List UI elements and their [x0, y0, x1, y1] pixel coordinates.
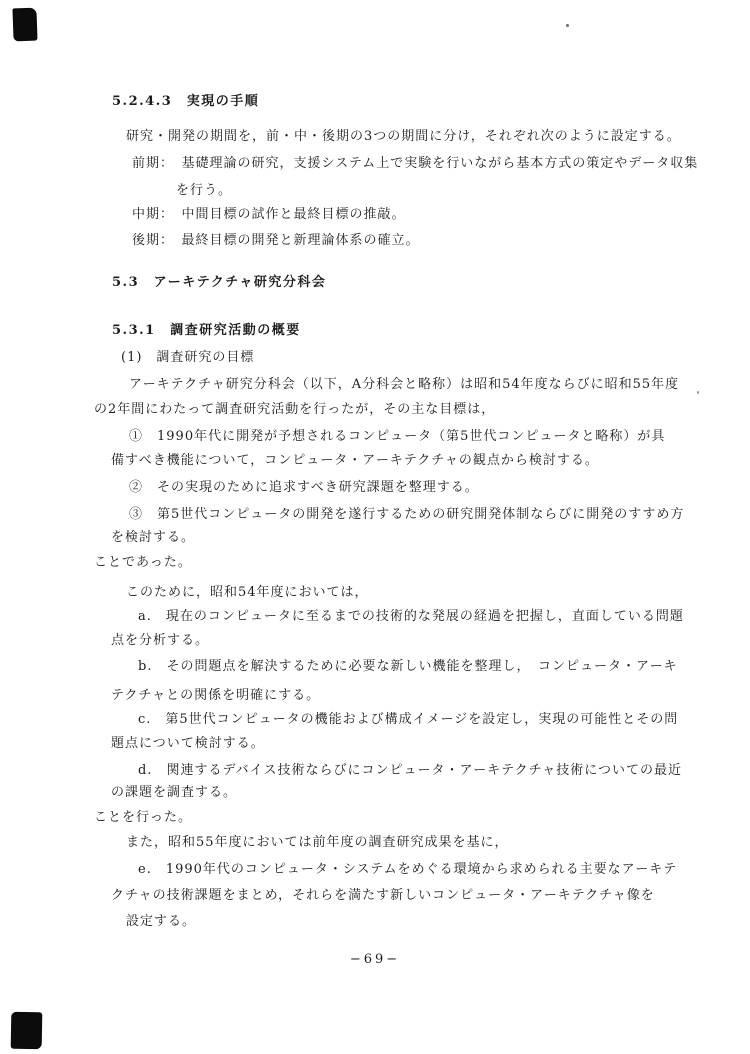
phase-early-line-cont: を行う。 [176, 182, 232, 199]
phase-early-line: 前期： 基礎理論の研究，支援システム上で実験を行いながら基本方式の策定やデータ収… [132, 155, 698, 172]
lettered-item-c: c. 第5世代コンピュータの機能および構成イメージを設定し，実現の可能性とその問 [138, 711, 678, 728]
numbered-item-1: ① 1990年代に開発が予想されるコンピュータ（第5世代コンピュータと略称）が具 [129, 428, 665, 445]
page-number: −69− [0, 952, 750, 967]
paragraph-line: 研究・開発の期間を，前・中・後期の3つの期間に分け，それぞれ次のように設定する。 [126, 128, 681, 145]
lettered-item-b-cont: テクチャとの関係を明確にする。 [111, 687, 320, 704]
section-heading-5-3-1: 5.3.1 調査研究活動の概要 [112, 322, 301, 339]
scan-artifact-top-left [12, 8, 37, 42]
lettered-item-a: a. 現在のコンピュータに至るまでの技術的な発展の経過を把握し，直面している問題 [138, 608, 684, 625]
lettered-item-e-cont: クチャの技術課題をまとめ，それらを満たす新しいコンピュータ・アーキテクチャ像を [111, 887, 655, 904]
lettered-item-d-cont: の課題を調査する。 [111, 784, 237, 801]
paragraph-line: このために，昭和54年度においては， [126, 584, 369, 601]
paragraph-line: ことを行った。 [94, 809, 192, 826]
scan-speck [566, 24, 569, 27]
numbered-item-3: ③ 第5世代コンピュータの開発を遂行するための研究開発体制ならびに開発のすすめ方 [129, 506, 684, 523]
paragraph-line: アーキテクチャ研究分科会（以下，A分科会と略称）は昭和54年度ならびに昭和55年… [129, 376, 679, 393]
numbered-item-1-cont: 備すべき機能について，コンピュータ・アーキテクチャの観点から検討する。 [111, 452, 599, 469]
numbered-item-3-cont: を検討する。 [111, 529, 195, 546]
section-heading-5-2-4-3: 5.2.4.3 実現の手順 [112, 93, 259, 110]
numbered-item-2: ② その実現のために追求すべき研究課題を整理する。 [129, 479, 479, 496]
lettered-item-d: d. 関連するデバイス技術ならびにコンピュータ・アーキテクチャ技術についての最近 [138, 762, 682, 779]
section-heading-5-3: 5.3 アーキテクチャ研究分科会 [112, 274, 326, 291]
paragraph-line: また，昭和55年度においては前年度の調査研究成果を基に， [126, 834, 509, 851]
paragraph-line: ことであった。 [94, 554, 192, 571]
lettered-item-b: b. その問題点を解決するために必要な新しい機能を整理し， コンピュータ・アーキ [138, 658, 678, 675]
subsection-1-title: (1) 調査研究の目標 [121, 349, 254, 366]
lettered-item-e: e. 1990年代のコンピュータ・システムをめぐる環境から求められる主要なアーキ… [138, 861, 677, 878]
scanned-document-page: 5.2.4.3 実現の手順 研究・開発の期間を，前・中・後期の3つの期間に分け，… [0, 0, 750, 1054]
lettered-item-c-cont: 題点について検討する。 [111, 735, 265, 752]
paragraph-line: 設定する。 [126, 913, 196, 930]
lettered-item-a-cont: 点を分析する。 [111, 632, 209, 649]
phase-late-line: 後期： 最終目標の開発と新理論体系の確立。 [132, 232, 420, 249]
scan-artifact-bottom-left [11, 1012, 43, 1050]
phase-mid-line: 中期： 中間目標の試作と最終目標の推敲。 [132, 206, 406, 223]
scan-speck [697, 391, 699, 394]
paragraph-line: の2年間にわたって調査研究活動を行ったが，その主な目標は， [94, 401, 495, 418]
